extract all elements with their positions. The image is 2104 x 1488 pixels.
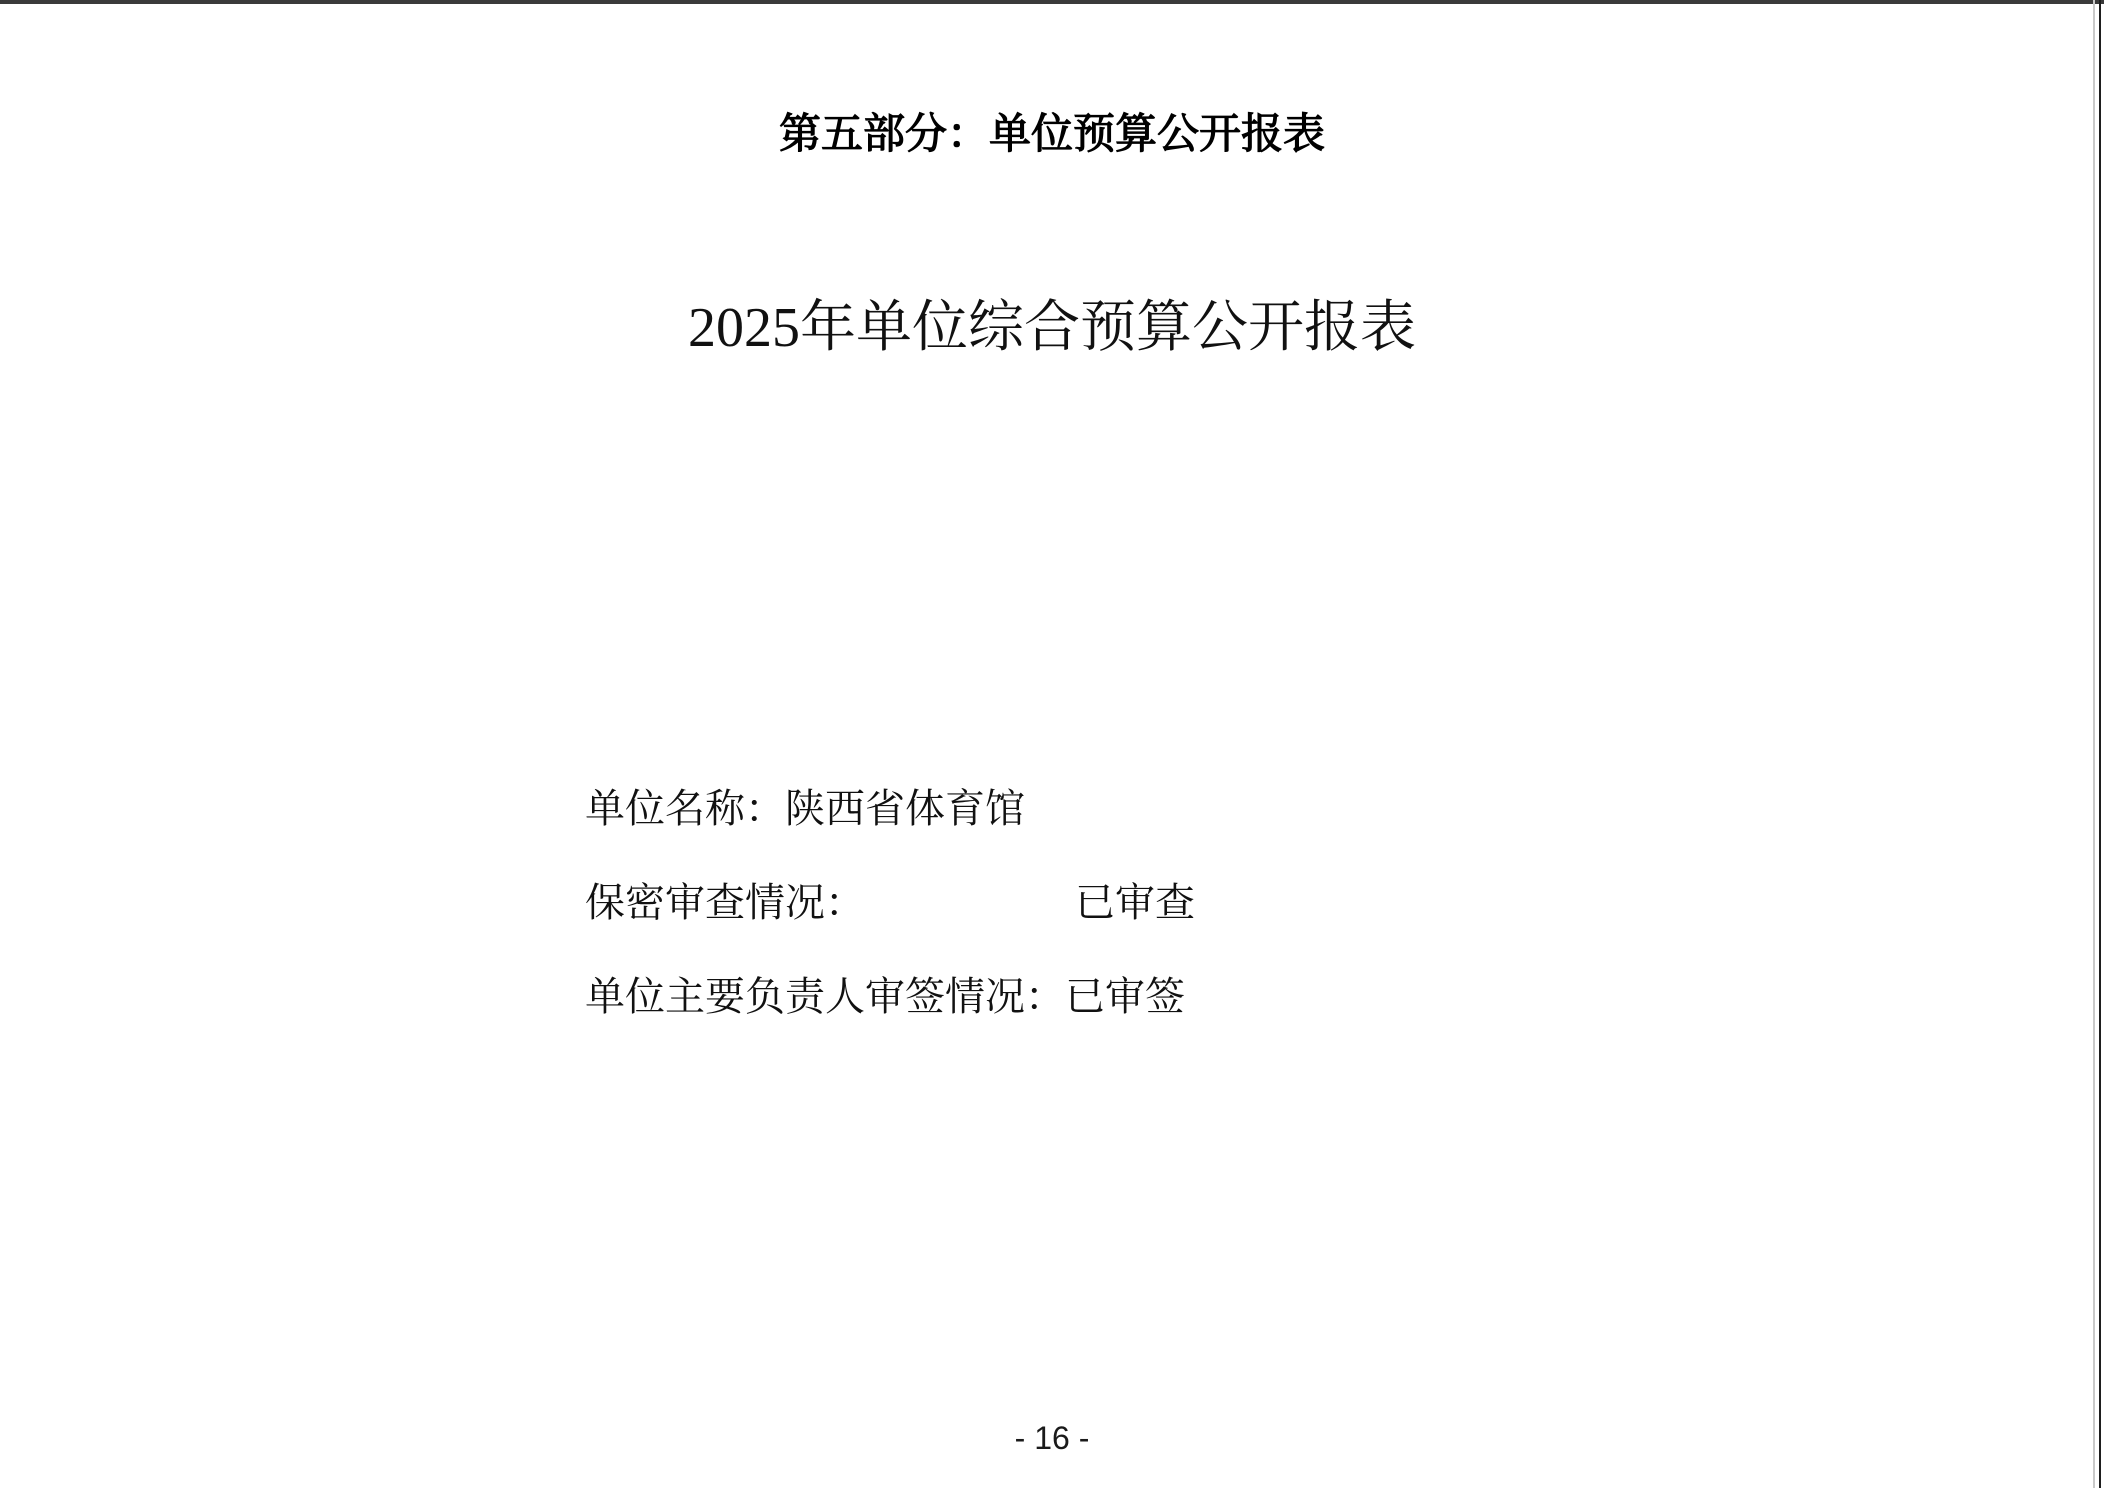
info-line-head-signoff: 单位主要负责人审签情况：已审签 (585, 974, 1185, 1020)
document-title: 2025年单位综合预算公开报表 (0, 296, 2104, 360)
unit-name-value: 陕西省体育馆 (785, 786, 1025, 831)
info-line-secrecy-review: 保密审查情况：已审查 (585, 880, 1185, 926)
document-page: 第五部分：单位预算公开报表 2025年单位综合预算公开报表 单位名称：陕西省体育… (0, 0, 2104, 1488)
head-signoff-label: 单位主要负责人审签情况： (585, 974, 1065, 1019)
secrecy-review-value: 已审查 (1075, 880, 1195, 926)
info-line-unit-name: 单位名称：陕西省体育馆 (585, 786, 1185, 832)
head-signoff-value: 已审签 (1065, 974, 1185, 1019)
section-heading: 第五部分：单位预算公开报表 (0, 108, 2104, 160)
scrollbar-track-line[interactable] (2099, 0, 2101, 1488)
window-top-edge (0, 0, 2104, 4)
secrecy-review-label: 保密审查情况： (585, 880, 865, 925)
unit-name-label: 单位名称： (585, 786, 785, 831)
page-number: - 16 - (0, 1420, 2104, 1457)
page-right-edge-line (2093, 0, 2095, 1488)
info-block: 单位名称：陕西省体育馆 保密审查情况：已审查 单位主要负责人审签情况：已审签 (585, 786, 1185, 1020)
